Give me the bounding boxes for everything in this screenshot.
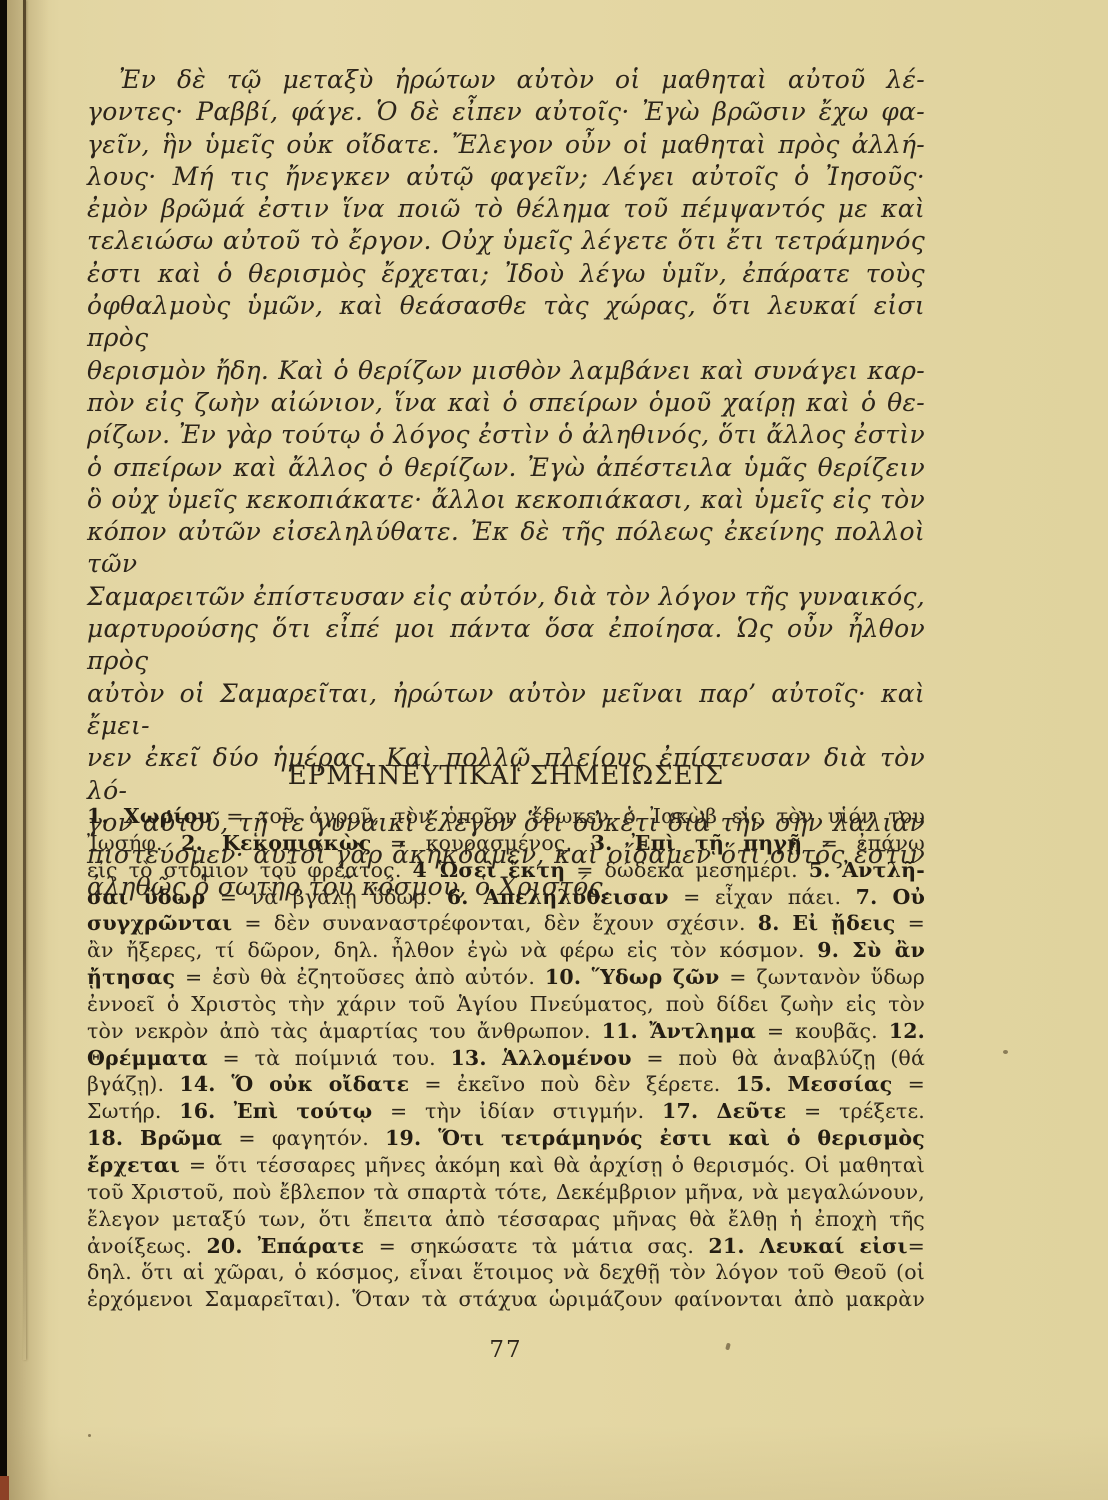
text-line: πὸν εἰς ζωὴν αἰώνιον, ἵνα καὶ ὁ σπείρων …: [87, 387, 925, 419]
text-line: ἀνοίξεως. 20. Ἐπάρατε = σηκώσατε τὰ μάτι…: [87, 1233, 925, 1260]
note-definition: = φαγητόν.: [222, 1126, 385, 1150]
text-line: αὐτὸν οἱ Σαμαρεῖται, ἠρώτων αὐτὸν μεῖναι…: [87, 678, 925, 743]
note-definition: = τρέξετε.: [786, 1099, 925, 1123]
note-definition: ἐρχόμενοι Σαμαρεῖται). Ὅταν τὰ στάχυα ὡρ…: [87, 1287, 925, 1311]
note-lemma: 17. Δεῦτε: [662, 1099, 786, 1123]
text-line: ὃ οὐχ ὑμεῖς κεκοπιάκατε· ἄλλοι κεκοπιάκα…: [87, 484, 925, 516]
paper-speck: [1003, 1050, 1008, 1054]
text-line: τελειώσω αὐτοῦ τὸ ἔργον. Οὐχ ὑμεῖς λέγετ…: [87, 225, 925, 257]
note-definition: ἔλεγον μεταξύ των, ὅτι ἔπειτα ἀπὸ τέσσαρ…: [87, 1207, 925, 1231]
note-definition: τὸν νεκρὸν ἀπὸ τὰς ἁμαρτίας του ἄνθρωπον…: [87, 1019, 602, 1043]
note-lemma: 13. Ἁλλομένου: [450, 1046, 631, 1070]
note-lemma: 15. Μεσσίας: [736, 1072, 893, 1096]
note-lemma: 1. Χωρίου: [87, 804, 212, 828]
text-line: θερισμὸν ἤδη. Καὶ ὁ θερίζων μισθὸν λαμβά…: [87, 355, 925, 387]
text-line: ὀφθαλμοὺς ὑμῶν, καὶ θεάσασθε τὰς χώρας, …: [87, 290, 925, 355]
note-definition: = ἐπάνω: [802, 831, 925, 855]
note-lemma: 3. Ἐπὶ τῇ πηγῇ: [591, 831, 803, 855]
note-definition: = δὲν συναναστρέφονται, δὲν ἔχουν σχέσιν…: [232, 911, 758, 935]
text-line: 1. Χωρίου = τοῦ ἀγροῦ, τὸν ὁποῖον ἔδωκεν…: [87, 803, 925, 830]
text-line: ἔρχεται = ὅτι τέσσαρες μῆνες ἀκόμη καὶ θ…: [87, 1152, 925, 1179]
note-definition: = τοῦ ἀγροῦ, τὸν ὁποῖον ἔδωκεν ὁ Ἰακὼβ ε…: [212, 804, 925, 828]
note-definition: = νὰ βγάλῃ ὕδωρ.: [205, 885, 447, 909]
note-definition: = τὰ ποίμνιά του.: [208, 1046, 451, 1070]
text-line: Ἐν δὲ τῷ μεταξὺ ἠρώτων αὐτὸν οἱ μαθηταὶ …: [87, 64, 925, 96]
text-line: ἐστι καὶ ὁ θερισμὸς ἔρχεται; Ἰδοὺ λέγω ὑ…: [87, 258, 925, 290]
page-number: 77: [87, 1337, 925, 1363]
text-line: μαρτυρούσης ὅτι εἶπέ μοι πάντα ὅσα ἐποίη…: [87, 613, 925, 678]
text-line: Θρέμματα = τὰ ποίμνιά του. 13. Ἁλλομένου…: [87, 1045, 925, 1072]
note-definition: βγάζῃ).: [87, 1072, 179, 1096]
text-line: κόπον αὐτῶν εἰσεληλύθατε. Ἐκ δὲ τῆς πόλε…: [87, 516, 925, 581]
text-line: ἔλεγον μεταξύ των, ὅτι ἔπειτα ἀπὸ τέσσαρ…: [87, 1206, 925, 1233]
note-lemma: 21. Λευκαί εἰσι: [708, 1234, 907, 1258]
note-lemma: 8. Εἰ ᾔδεις: [758, 911, 896, 935]
text-line: συγχρῶνται = δὲν συναναστρέφονται, δὲν ἔ…: [87, 910, 925, 937]
note-definition: τοῦ Χριστοῦ, ποὺ ἔβλεπον τὰ σπαρτὰ τότε,…: [87, 1180, 925, 1204]
note-lemma: 9. Σὺ ἂν: [817, 938, 925, 962]
note-lemma: συγχρῶνται: [87, 911, 232, 935]
note-lemma: 14. Ὅ οὐκ οἴδατε: [179, 1072, 409, 1096]
note-lemma: 7. Οὐ: [856, 885, 925, 909]
interpretive-notes: 1. Χωρίου = τοῦ ἀγροῦ, τὸν ὁποῖον ἔδωκεν…: [87, 803, 925, 1313]
page-binding-edge: [0, 0, 7, 1500]
note-lemma: 12.: [889, 1019, 925, 1043]
text-line: εἰς τὸ στόμιον τοῦ φρέατος. 4 Ὡσεὶ ἕκτη …: [87, 857, 925, 884]
note-lemma: 2. Κεκοπιακὼς: [181, 831, 371, 855]
note-lemma: 5. Ἀντλῆ-: [809, 858, 925, 882]
text-line: Σαμαρειτῶν ἐπίστευσαν εἰς αὐτόν, διὰ τὸν…: [87, 581, 925, 613]
text-line: γεῖν, ἣν ὑμεῖς οὐκ οἴδατε. Ἔλεγον οὖν οἱ…: [87, 129, 925, 161]
note-definition: = κουβᾶς.: [756, 1019, 889, 1043]
book-page: Ἐν δὲ τῷ μεταξὺ ἠρώτων αὐτὸν οἱ μαθηταὶ …: [0, 0, 1108, 1500]
text-line: ὁ σπείρων καὶ ἄλλος ὁ θερίζων. Ἐγὼ ἀπέστ…: [87, 452, 925, 484]
note-definition: Ἰωσήφ.: [87, 831, 181, 855]
binding-crease-line: [23, 0, 26, 1360]
text-line: τὸν νεκρὸν ἀπὸ τὰς ἁμαρτίας του ἄνθρωπον…: [87, 1018, 925, 1045]
note-definition: = ζωντανὸν ὕδωρ: [719, 965, 925, 989]
text-line: ᾔτησας = ἐσὺ θὰ ἐζητοῦσες ἀπὸ αὐτόν. 10.…: [87, 964, 925, 991]
note-definition: = ἐσὺ θὰ ἐζητοῦσες ἀπὸ αὐτόν.: [175, 965, 545, 989]
note-lemma: 4 Ὡσεὶ ἕκτη: [412, 858, 565, 882]
note-lemma: 18. Βρῶμα: [87, 1126, 222, 1150]
note-definition: =: [908, 1234, 925, 1258]
note-lemma: 16. Ἐπὶ τούτῳ: [179, 1099, 372, 1123]
note-definition: = τὴν ἰδίαν στιγμήν.: [372, 1099, 662, 1123]
note-definition: =: [895, 911, 925, 935]
text-line: δηλ. ὅτι αἱ χῶραι, ὁ κόσμος, εἶναι ἕτοιμ…: [87, 1259, 925, 1286]
text-line: 18. Βρῶμα = φαγητόν. 19. Ὅτι τετράμηνός …: [87, 1125, 925, 1152]
text-line: Σωτήρ. 16. Ἐπὶ τούτῳ = τὴν ἰδίαν στιγμήν…: [87, 1098, 925, 1125]
note-definition: = σηκώσατε τὰ μάτια σας.: [364, 1234, 708, 1258]
note-lemma: ἔρχεται: [87, 1153, 180, 1177]
note-definition: = ὅτι τέσσαρες μῆνες ἀκόμη καὶ θὰ ἀρχίσῃ…: [180, 1153, 925, 1177]
binding-edge-red-corner: [0, 1476, 9, 1500]
text-line: ἐμὸν βρῶμά ἐστιν ἵνα ποιῶ τὸ θέλημα τοῦ …: [87, 193, 925, 225]
note-lemma: 20. Ἐπάρατε: [206, 1234, 364, 1258]
note-lemma: σαι ὕδωρ: [87, 885, 205, 909]
note-definition: = κουρασμένος.: [371, 831, 590, 855]
note-lemma: ᾔτησας: [87, 965, 175, 989]
note-definition: = δώδεκα μεσημέρι.: [565, 858, 808, 882]
note-definition: ἀνοίξεως.: [87, 1234, 206, 1258]
note-lemma: 6. Ἀπεληλύθεισαν: [447, 885, 669, 909]
note-definition: Σωτήρ.: [87, 1099, 179, 1123]
text-line: γοντες· Ραββί, φάγε. Ὁ δὲ εἶπεν αὐτοῖς· …: [87, 96, 925, 128]
text-line: ἐννοεῖ ὁ Χριστὸς τὴν χάριν τοῦ Ἁγίου Πνε…: [87, 991, 925, 1018]
note-lemma: Θρέμματα: [87, 1046, 208, 1070]
paper-speck: [88, 1434, 91, 1437]
text-line: ἐρχόμενοι Σαμαρεῖται). Ὅταν τὰ στάχυα ὡρ…: [87, 1286, 925, 1313]
text-line: λους· Μή τις ἤνεγκεν αὐτῷ φαγεῖν; Λέγει …: [87, 161, 925, 193]
note-definition: ἂν ἤξερες, τί δῶρον, δηλ. ἦλθον ἐγὼ νὰ φ…: [87, 938, 817, 962]
text-line: ἂν ἤξερες, τί δῶρον, δηλ. ἦλθον ἐγὼ νὰ φ…: [87, 937, 925, 964]
text-line: τοῦ Χριστοῦ, ποὺ ἔβλεπον τὰ σπαρτὰ τότε,…: [87, 1179, 925, 1206]
note-definition: = ἐκεῖνο ποὺ δὲν ξέρετε.: [409, 1072, 735, 1096]
note-definition: εἰς τὸ στόμιον τοῦ φρέατος.: [87, 858, 412, 882]
note-lemma: 19. Ὅτι τετράμηνός ἐστι καὶ ὁ θερισμὸς: [385, 1126, 925, 1150]
note-definition: ἐννοεῖ ὁ Χριστὸς τὴν χάριν τοῦ Ἁγίου Πνε…: [87, 992, 925, 1016]
text-line: βγάζῃ). 14. Ὅ οὐκ οἴδατε = ἐκεῖνο ποὺ δὲ…: [87, 1071, 925, 1098]
text-line: σαι ὕδωρ = νὰ βγάλῃ ὕδωρ. 6. Ἀπεληλύθεισ…: [87, 884, 925, 911]
note-definition: = ποὺ θὰ ἀναβλύζῃ (θά: [632, 1046, 925, 1070]
note-lemma: 11. Ἄντλημα: [602, 1019, 756, 1043]
text-line: Ἰωσήφ. 2. Κεκοπιακὼς = κουρασμένος. 3. Ἐ…: [87, 830, 925, 857]
note-definition: = εἶχαν πάει.: [669, 885, 856, 909]
note-definition: δηλ. ὅτι αἱ χῶραι, ὁ κόσμος, εἶναι ἕτοιμ…: [87, 1260, 925, 1284]
note-definition: =: [893, 1072, 926, 1096]
note-lemma: 10. Ὕδωρ ζῶν: [545, 965, 720, 989]
text-line: ρίζων. Ἐν γὰρ τούτῳ ὁ λόγος ἐστὶν ὁ ἀληθ…: [87, 419, 925, 451]
notes-heading: ΕΡΜΗΝΕΥΤΙΚΑΙ ΣΗΜΕΙΩΣΕΙΣ: [87, 761, 925, 791]
